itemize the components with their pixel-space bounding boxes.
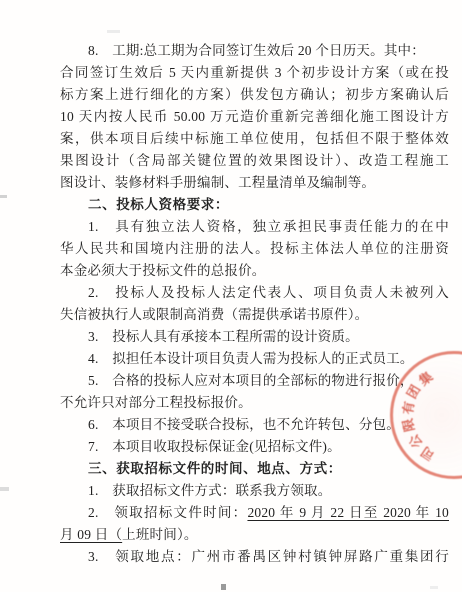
- text-line: 4. 拟担任本设计项目负责人需为投标人的正式员工。: [60, 348, 449, 370]
- text-run: 10 天内按人民币 50.00 万元造价重新完善细化施工图设计方: [60, 109, 449, 124]
- document-page: 8. 工期:总工期为合同签订生效后 20 个日历天。其中：合同签订生效后 5 天…: [0, 0, 462, 592]
- text-line: 8. 工期:总工期为合同签订生效后 20 个日历天。其中：: [60, 40, 449, 62]
- page-number-fragment: [221, 584, 226, 590]
- text-line: 失信被执行人或限制高消费（需提供承诺书原件）。: [60, 304, 449, 326]
- text-run: 3. 投标人具有承接本工程所需的设计资质。: [88, 329, 359, 344]
- text-line: 三、获取招标文件的时间、地点、方式：: [60, 458, 449, 480]
- scan-artifact: [430, 586, 438, 589]
- text-run: 4. 拟担任本设计项目负责人需为投标人的正式员工。: [88, 351, 414, 366]
- text-line: 7. 本项目收取投标保证金(见招标文件)。: [60, 436, 449, 458]
- text-line: 图设计、装修材料手册编制、工程量清单及编制等。: [60, 172, 449, 194]
- text-run: 案，供本项目后续中标施工单位使用，包括但不限于整体效: [60, 131, 449, 146]
- text-line: 二、投标人资格要求：: [60, 194, 449, 216]
- text-line: 本金必须大于投标文件的总报价。: [60, 260, 449, 282]
- text-line: 1. 具有独立法人资格，独立承担民事责任能力的在中: [60, 216, 449, 238]
- text-run: 二、投标人资格要求：: [88, 197, 229, 212]
- text-line: 2. 投标人及投标人法定代表人、项目负责人未被列入: [60, 282, 449, 304]
- text-run: 果图设计（含局部关键位置的效果图设计）、改造工程施工: [60, 153, 449, 168]
- text-line: 3. 领取地点：广州市番禺区钟村镇钟屏路广重集团行: [60, 546, 449, 568]
- text-line: 5. 合格的投标人应对本项目的全部标的物进行报价，: [60, 370, 449, 392]
- text-run: 图设计、装修材料手册编制、工程量清单及编制等。: [60, 175, 375, 190]
- text-line: 华人民共和国境内注册的法人。投标主体法人单位的注册资: [60, 238, 449, 260]
- text-line: 合同签订生效后 5 天内重新提供 3 个初步设计方案（或在投: [60, 62, 449, 84]
- text-run: 华人民共和国境内注册的法人。投标主体法人单位的注册资: [60, 241, 449, 256]
- document-body: 8. 工期:总工期为合同签订生效后 20 个日历天。其中：合同签订生效后 5 天…: [60, 40, 449, 568]
- text-run: 本金必须大于投标文件的总报价。: [60, 263, 266, 278]
- text-line: 月 09 日（上班时间）。: [60, 524, 449, 546]
- text-run: 1. 获取招标文件方式：联系我方领取。: [88, 483, 331, 498]
- text-line: 不允许只对部分工程投标报价。: [60, 392, 449, 414]
- text-run: 上班时间）。: [122, 527, 197, 542]
- underlined-text: 月 09 日（: [60, 527, 122, 542]
- text-run: 6. 本项目不接受联合投标，也不允许转包、分包。: [88, 417, 400, 432]
- text-run: 2. 领取招标文件时间：: [88, 505, 247, 520]
- text-run: 7. 本项目收取投标保证金(见招标文件)。: [88, 439, 341, 454]
- text-run: 8. 工期:总工期为合同签订生效后 20 个日历天。其中：: [88, 43, 425, 58]
- text-line: 果图设计（含局部关键位置的效果图设计）、改造工程施工: [60, 150, 449, 172]
- text-line: 6. 本项目不接受联合投标，也不允许转包、分包。: [60, 414, 449, 436]
- scan-artifact: [107, 30, 120, 33]
- text-line: 2. 领取招标文件时间：2020 年 9 月 22 日至 2020 年 10: [60, 502, 449, 524]
- text-run: 失信被执行人或限制高消费（需提供承诺书原件）。: [60, 307, 368, 322]
- text-run: 2. 投标人及投标人法定代表人、项目负责人未被列入: [88, 285, 449, 300]
- text-run: 1. 具有独立法人资格，独立承担民事责任能力的在中: [88, 219, 449, 234]
- text-run: 三、获取招标文件的时间、地点、方式：: [88, 461, 342, 476]
- text-run: 3. 领取地点：广州市番禺区钟村镇钟屏路广重集团行: [88, 549, 449, 564]
- text-line: 10 天内按人民币 50.00 万元造价重新完善细化施工图设计方: [60, 106, 449, 128]
- text-run: 5. 合格的投标人应对本项目的全部标的物进行报价，: [88, 373, 414, 388]
- underlined-text: 2020 年 9 月 22 日至 2020 年 10: [247, 505, 449, 520]
- text-line: 案，供本项目后续中标施工单位使用，包括但不限于整体效: [60, 128, 449, 150]
- text-run: 标方案上进行细化的方案）供发包方确认；初步方案确认后: [60, 87, 449, 102]
- text-line: 标方案上进行细化的方案）供发包方确认；初步方案确认后: [60, 84, 449, 106]
- text-line: 3. 投标人具有承接本工程所需的设计资质。: [60, 326, 449, 348]
- scan-artifact: [0, 195, 7, 198]
- text-run: 不允许只对部分工程投标报价。: [60, 395, 252, 410]
- text-run: 合同签订生效后 5 天内重新提供 3 个初步设计方案（或在投: [60, 65, 449, 80]
- text-line: 1. 获取招标文件方式：联系我方领取。: [60, 480, 449, 502]
- scan-artifact: [0, 487, 9, 491]
